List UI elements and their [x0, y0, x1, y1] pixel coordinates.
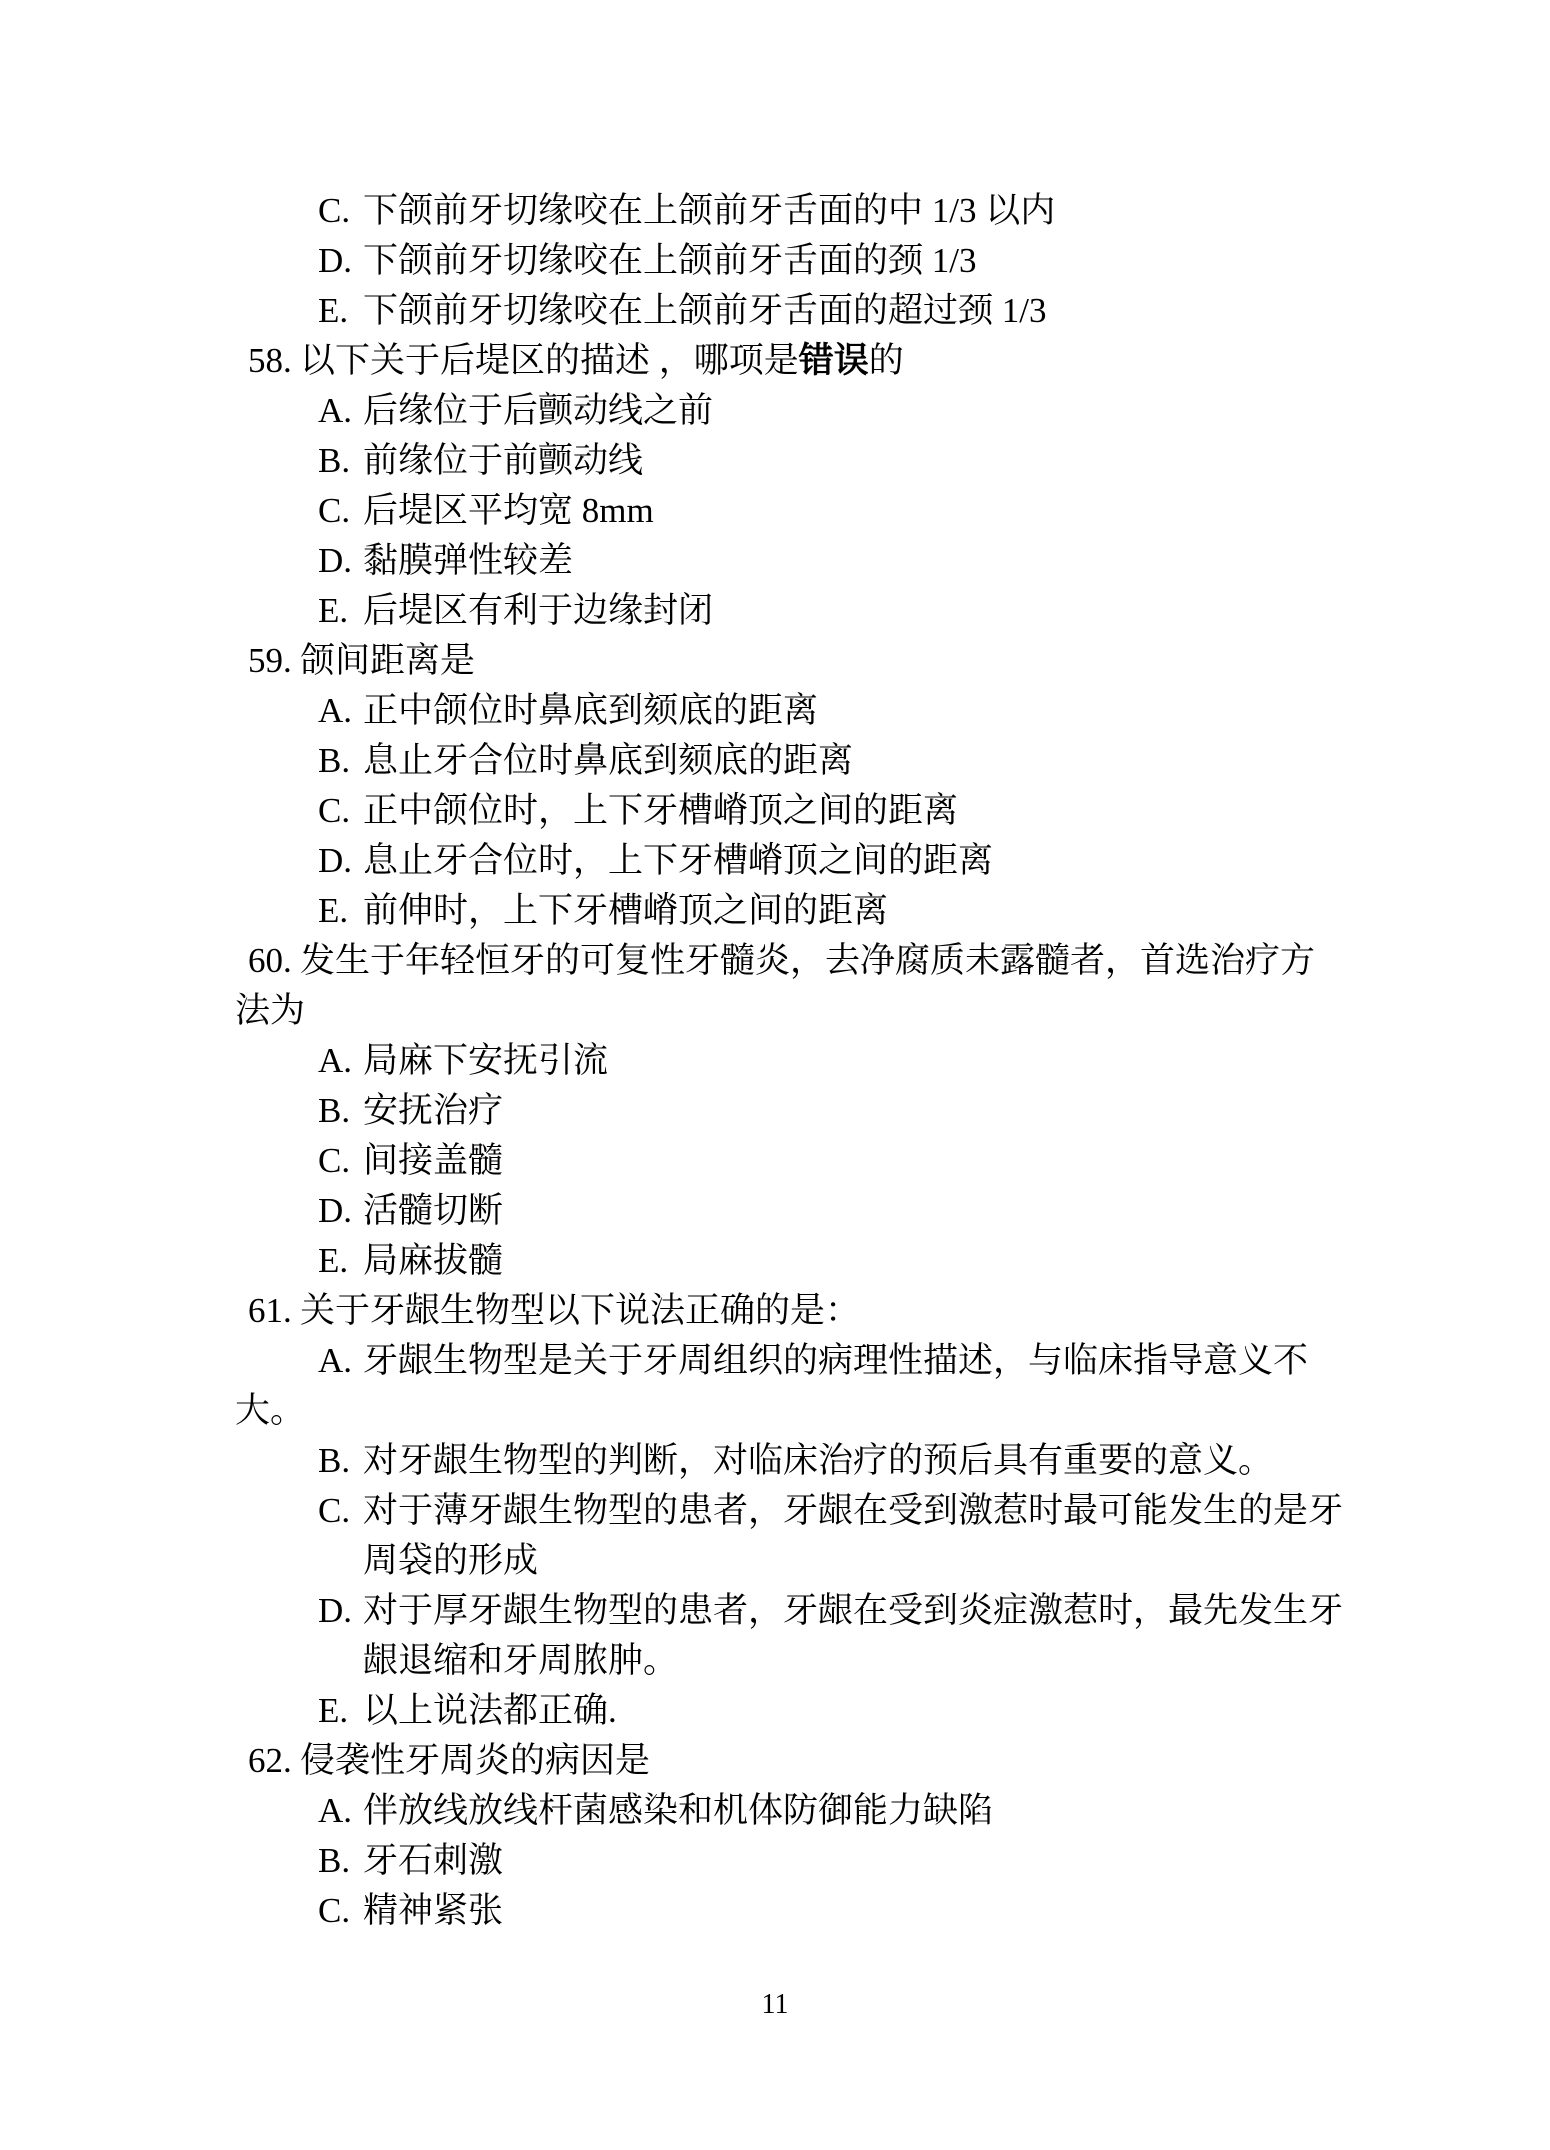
option-label: A.	[318, 686, 363, 736]
q58-option-c: C.后堤区平均宽 8mm	[0, 486, 1550, 536]
stem-text: 法为	[235, 991, 305, 1030]
page-number: 11	[0, 1988, 1550, 2022]
option-text: 对牙龈生物型的判断，对临床治疗的预后具有重要的意义。	[363, 1441, 1273, 1480]
option-text: 前缘位于前颤动线	[363, 441, 643, 480]
option-text: 牙龈生物型是关于牙周组织的病理性描述，与临床指导意义不	[363, 1341, 1308, 1380]
q61-stem: 61.关于牙龈生物型以下说法正确的是：	[0, 1286, 1550, 1336]
q61-option-a-line2: 大。	[0, 1386, 1550, 1436]
option-text: 活髓切断	[363, 1191, 503, 1230]
option-label: D.	[318, 1586, 363, 1636]
option-label: A.	[318, 1036, 363, 1086]
q59-option-e: E.前伸时，上下牙槽嵴顶之间的距离	[0, 886, 1550, 936]
option-label: D.	[318, 236, 363, 286]
stem-text: 侵袭性牙周炎的病因是	[300, 1741, 650, 1780]
q58-stem: 58.以下关于后堤区的描述 ，哪项是错误的	[0, 336, 1550, 386]
q61-option-c-line1: C.对于薄牙龈生物型的患者，牙龈在受到激惹时最可能发生的是牙	[0, 1486, 1550, 1536]
option-text: 下颌前牙切缘咬在上颌前牙舌面的颈 1/3	[363, 241, 976, 280]
option-text: 黏膜弹性较差	[363, 541, 573, 580]
question-number: 59.	[248, 636, 300, 686]
option-text: 对于厚牙龈生物型的患者，牙龈在受到炎症激惹时，最先发生牙	[363, 1591, 1343, 1630]
option-label: C.	[318, 186, 363, 236]
q60-stem-line2: 法为	[0, 986, 1550, 1036]
option-label: C.	[318, 486, 363, 536]
option-label: D.	[318, 1186, 363, 1236]
option-label: E.	[318, 886, 363, 936]
option-text: 安抚治疗	[363, 1091, 503, 1130]
option-text: 精神紧张	[363, 1891, 503, 1930]
option-label: C.	[318, 1136, 363, 1186]
option-label: C.	[318, 1486, 363, 1536]
document-page: C.下颌前牙切缘咬在上颌前牙舌面的中 1/3 以内 D.下颌前牙切缘咬在上颌前牙…	[0, 0, 1550, 2150]
q58-option-d: D.黏膜弹性较差	[0, 536, 1550, 586]
q59-option-a: A.正中颌位时鼻底到颏底的距离	[0, 686, 1550, 736]
q59-option-b: B.息止牙合位时鼻底到颏底的距离	[0, 736, 1550, 786]
stem-text: 发生于年轻恒牙的可复性牙髓炎，去净腐质未露髓者，首选治疗方	[300, 941, 1315, 980]
q62-option-a: A.伴放线放线杆菌感染和机体防御能力缺陷	[0, 1786, 1550, 1836]
option-text: 后堤区平均宽 8mm	[363, 491, 654, 530]
q61-option-c-line2: 周袋的形成	[0, 1536, 1550, 1586]
question-number: 58.	[248, 336, 300, 386]
q60-option-d: D.活髓切断	[0, 1186, 1550, 1236]
option-text: 下颌前牙切缘咬在上颌前牙舌面的超过颈 1/3	[363, 291, 1046, 330]
q60-option-a: A.局麻下安抚引流	[0, 1036, 1550, 1086]
q62-stem: 62.侵袭性牙周炎的病因是	[0, 1736, 1550, 1786]
option-text: 正中颌位时，上下牙槽嵴顶之间的距离	[363, 791, 958, 830]
option-text: 后缘位于后颤动线之前	[363, 391, 713, 430]
q62-option-c: C.精神紧张	[0, 1886, 1550, 1936]
option-text: 局麻下安抚引流	[363, 1041, 608, 1080]
q60-stem-line1: 60.发生于年轻恒牙的可复性牙髓炎，去净腐质未露髓者，首选治疗方	[0, 936, 1550, 986]
option-label: A.	[318, 1336, 363, 1386]
option-label: B.	[318, 1836, 363, 1886]
q57-option-d: D.下颌前牙切缘咬在上颌前牙舌面的颈 1/3	[0, 236, 1550, 286]
option-label: E.	[318, 286, 363, 336]
option-label: A.	[318, 1786, 363, 1836]
stem-text: 颌间距离是	[300, 641, 475, 680]
stem-text: 的	[869, 341, 904, 380]
question-number: 62.	[248, 1736, 300, 1786]
option-label: B.	[318, 1086, 363, 1136]
option-text: 后堤区有利于边缘封闭	[363, 591, 713, 630]
q60-option-e: E.局麻拔髓	[0, 1236, 1550, 1286]
q61-option-d-line1: D.对于厚牙龈生物型的患者，牙龈在受到炎症激惹时，最先发生牙	[0, 1586, 1550, 1636]
q60-option-c: C.间接盖髓	[0, 1136, 1550, 1186]
option-text: 对于薄牙龈生物型的患者，牙龈在受到激惹时最可能发生的是牙	[363, 1491, 1343, 1530]
option-text: 龈退缩和牙周脓肿。	[363, 1641, 678, 1680]
question-number: 60.	[248, 936, 300, 986]
q60-option-b: B.安抚治疗	[0, 1086, 1550, 1136]
option-text: 正中颌位时鼻底到颏底的距离	[363, 691, 818, 730]
option-label: E.	[318, 1236, 363, 1286]
q61-option-e: E.以上说法都正确.	[0, 1686, 1550, 1736]
q61-option-d-line2: 龈退缩和牙周脓肿。	[0, 1636, 1550, 1686]
q57-option-c: C.下颌前牙切缘咬在上颌前牙舌面的中 1/3 以内	[0, 186, 1550, 236]
stem-text: 关于牙龈生物型以下说法正确的是：	[300, 1291, 860, 1330]
option-text: 息止牙合位时鼻底到颏底的距离	[363, 741, 853, 780]
stem-text: 以下关于后堤区的描述 ，哪项是	[300, 341, 799, 380]
q58-option-b: B.前缘位于前颤动线	[0, 436, 1550, 486]
q58-option-a: A.后缘位于后颤动线之前	[0, 386, 1550, 436]
q59-option-d: D.息止牙合位时，上下牙槽嵴顶之间的距离	[0, 836, 1550, 886]
q62-option-b: B.牙石刺激	[0, 1836, 1550, 1886]
stem-text-bold: 错误	[799, 341, 869, 380]
option-label: C.	[318, 1886, 363, 1936]
q58-option-e: E.后堤区有利于边缘封闭	[0, 586, 1550, 636]
option-text: 间接盖髓	[363, 1141, 503, 1180]
option-text: 息止牙合位时，上下牙槽嵴顶之间的距离	[363, 841, 993, 880]
option-label: B.	[318, 1436, 363, 1486]
exam-questions-content: C.下颌前牙切缘咬在上颌前牙舌面的中 1/3 以内 D.下颌前牙切缘咬在上颌前牙…	[0, 0, 1550, 2022]
option-text: 下颌前牙切缘咬在上颌前牙舌面的中 1/3 以内	[363, 191, 1055, 230]
option-label: E.	[318, 1686, 363, 1736]
q59-option-c: C.正中颌位时，上下牙槽嵴顶之间的距离	[0, 786, 1550, 836]
option-text: 牙石刺激	[363, 1841, 503, 1880]
option-label: C.	[318, 786, 363, 836]
option-text: 周袋的形成	[363, 1541, 538, 1580]
option-text: 前伸时，上下牙槽嵴顶之间的距离	[363, 891, 888, 930]
q61-option-a-line1: A.牙龈生物型是关于牙周组织的病理性描述，与临床指导意义不	[0, 1336, 1550, 1386]
option-text: 以上说法都正确.	[363, 1691, 617, 1730]
q61-option-b: B.对牙龈生物型的判断，对临床治疗的预后具有重要的意义。	[0, 1436, 1550, 1486]
option-label: E.	[318, 586, 363, 636]
question-number: 61.	[248, 1286, 300, 1336]
option-label: B.	[318, 736, 363, 786]
q57-option-e: E.下颌前牙切缘咬在上颌前牙舌面的超过颈 1/3	[0, 286, 1550, 336]
option-text: 伴放线放线杆菌感染和机体防御能力缺陷	[363, 1791, 993, 1830]
option-label: A.	[318, 386, 363, 436]
option-text: 大。	[235, 1391, 305, 1430]
option-text: 局麻拔髓	[363, 1241, 503, 1280]
q59-stem: 59.颌间距离是	[0, 636, 1550, 686]
option-label: D.	[318, 836, 363, 886]
option-label: D.	[318, 536, 363, 586]
option-label: B.	[318, 436, 363, 486]
